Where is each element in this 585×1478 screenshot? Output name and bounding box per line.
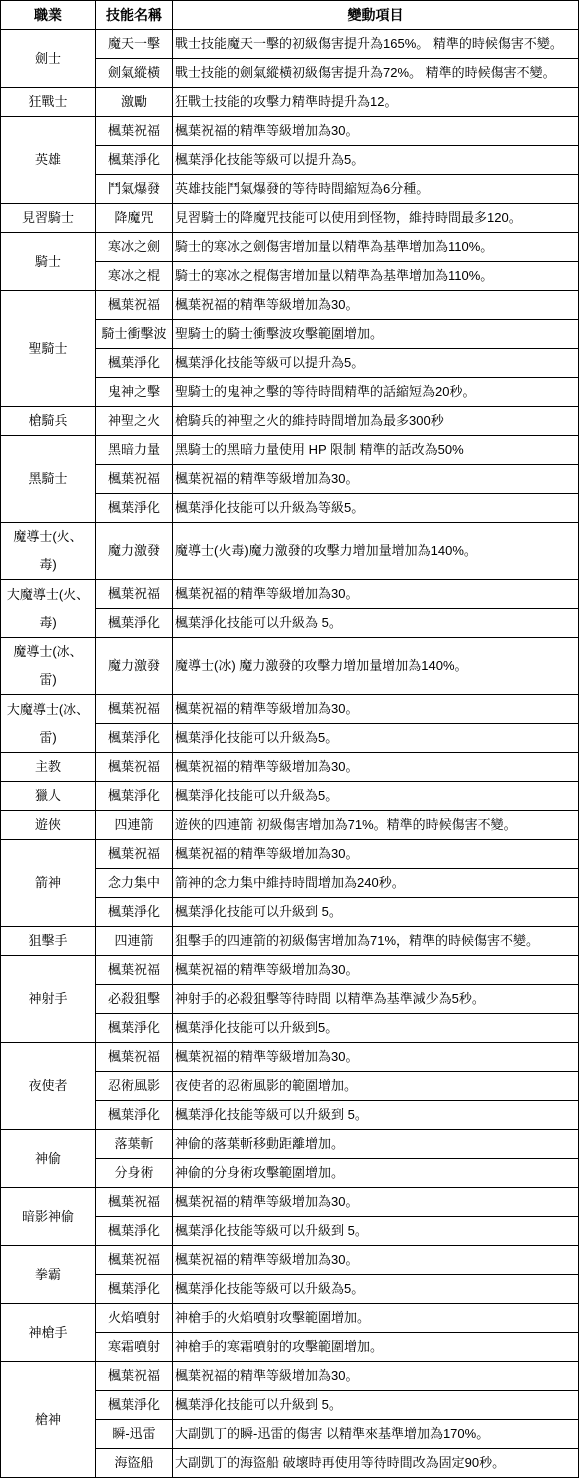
table-row: 神射手楓葉祝福楓葉祝福的精準等級增加為30。 [1, 956, 579, 985]
change-description-cell: 見習騎士的降魔咒技能可以使用到怪物，維持時間最多120。 [173, 204, 579, 233]
change-description-cell: 楓葉淨化技能等級可以升級到 5。 [173, 1101, 579, 1130]
change-description-cell: 楓葉淨化技能等級可以升級到 5。 [173, 1217, 579, 1246]
table-row: 見習騎士降魔咒見習騎士的降魔咒技能可以使用到怪物，維持時間最多120。 [1, 204, 579, 233]
skill-name-cell: 落葉斬 [96, 1130, 173, 1159]
change-description-cell: 神射手的必殺狙擊等待時間 以精準為基準減少為5秒。 [173, 985, 579, 1014]
skill-name-cell: 魔力激發 [96, 523, 173, 580]
change-description-cell: 狙擊手的四連箭的初級傷害增加為71%，精準的時候傷害不變。 [173, 927, 579, 956]
change-description-cell: 楓葉淨化技能可以升級為5。 [173, 724, 579, 753]
change-description-cell: 楓葉淨化技能等級可以提升為5。 [173, 146, 579, 175]
change-description-cell: 楓葉祝福的精準等級增加為30。 [173, 840, 579, 869]
change-description-cell: 楓葉祝福的精準等級增加為30。 [173, 956, 579, 985]
table-row: 暗影神偷楓葉祝福楓葉祝福的精準等級增加為30。 [1, 1188, 579, 1217]
job-cell: 狂戰士 [1, 88, 96, 117]
skill-name-cell: 火焰噴射 [96, 1304, 173, 1333]
skill-name-cell: 楓葉淨化 [96, 782, 173, 811]
table-row: 神槍手火焰噴射神槍手的火焰噴射攻擊範圍增加。 [1, 1304, 579, 1333]
skill-name-cell: 騎士衝擊波 [96, 320, 173, 349]
job-cell: 槍神 [1, 1362, 96, 1478]
skill-name-cell: 楓葉淨化 [96, 349, 173, 378]
change-description-cell: 楓葉祝福的精準等級增加為30。 [173, 580, 579, 609]
skill-name-cell: 楓葉淨化 [96, 146, 173, 175]
table-row: 狂戰士激勵狂戰士技能的攻擊力精準時提升為12。 [1, 88, 579, 117]
change-description-cell: 楓葉祝福的精準等級增加為30。 [173, 1188, 579, 1217]
change-description-cell: 魔導士(火毒)魔力激發的攻擊力增加量增加為140%。 [173, 523, 579, 580]
skill-name-cell: 瞬-迅雷 [96, 1420, 173, 1449]
job-cell: 箭神 [1, 840, 96, 927]
change-description-cell: 黑騎士的黑暗力量使用 HP 限制 精準的話改為50% [173, 436, 579, 465]
skill-name-cell: 楓葉淨化 [96, 494, 173, 523]
skill-name-cell: 分身術 [96, 1159, 173, 1188]
skill-name-cell: 楓葉祝福 [96, 753, 173, 782]
job-cell: 聖騎士 [1, 291, 96, 407]
change-description-cell: 神偷的分身術攻擊範圍增加。 [173, 1159, 579, 1188]
skill-name-cell: 忍術風影 [96, 1072, 173, 1101]
table-row: 遊俠四連箭遊俠的四連箭 初級傷害增加為71%。精準的時候傷害不變。 [1, 811, 579, 840]
skill-name-cell: 鬥氣爆發 [96, 175, 173, 204]
change-description-cell: 楓葉淨化技能可以升級到5。 [173, 1014, 579, 1043]
skill-name-cell: 劍氣縱橫 [96, 59, 173, 88]
change-description-cell: 箭神的念力集中維持時間增加為240秒。 [173, 869, 579, 898]
skill-name-cell: 楓葉祝福 [96, 580, 173, 609]
job-cell: 魔導士(火、 毒) [1, 523, 96, 580]
skill-name-cell: 楓葉祝福 [96, 840, 173, 869]
skill-name-cell: 魔天一擊 [96, 30, 173, 59]
job-cell: 見習騎士 [1, 204, 96, 233]
table-row: 魔導士(火、 毒)魔力激發魔導士(火毒)魔力激發的攻擊力增加量增加為140%。 [1, 523, 579, 580]
skill-name-cell: 楓葉淨化 [96, 1217, 173, 1246]
header-change-column: 變動項目 [173, 1, 579, 30]
table-row: 主教楓葉祝福楓葉祝福的精準等級增加為30。 [1, 753, 579, 782]
table-row: 神偷落葉斬神偷的落葉斬移動距離增加。 [1, 1130, 579, 1159]
table-row: 箭神楓葉祝福楓葉祝福的精準等級增加為30。 [1, 840, 579, 869]
change-description-cell: 戰士技能魔天一擊的初級傷害提升為165%。 精準的時候傷害不變。 [173, 30, 579, 59]
table-row: 獵人楓葉淨化楓葉淨化技能可以升級為5。 [1, 782, 579, 811]
table-row: 槍神楓葉祝福楓葉祝福的精準等級增加為30。 [1, 1362, 579, 1391]
skill-name-cell: 降魔咒 [96, 204, 173, 233]
job-cell: 主教 [1, 753, 96, 782]
skill-name-cell: 魔力激發 [96, 638, 173, 695]
table-row: 騎士寒冰之劍騎士的寒冰之劍傷害增加量以精準為基準增加為110%。 [1, 233, 579, 262]
table-row: 聖騎士楓葉祝福楓葉祝福的精準等級增加為30。 [1, 291, 579, 320]
skill-name-cell: 楓葉祝福 [96, 956, 173, 985]
skill-name-cell: 楓葉祝福 [96, 1188, 173, 1217]
change-description-cell: 狂戰士技能的攻擊力精準時提升為12。 [173, 88, 579, 117]
job-cell: 神偷 [1, 1130, 96, 1188]
change-description-cell: 楓葉祝福的精準等級增加為30。 [173, 291, 579, 320]
header-skill-column: 技能名稱 [96, 1, 173, 30]
change-description-cell: 楓葉祝福的精準等級增加為30。 [173, 1362, 579, 1391]
change-description-cell: 楓葉淨化技能可以升級為 5。 [173, 609, 579, 638]
change-description-cell: 夜使者的忍術風影的範圍增加。 [173, 1072, 579, 1101]
skill-name-cell: 楓葉淨化 [96, 609, 173, 638]
job-cell: 大魔導士(火、 毒) [1, 580, 96, 638]
job-cell: 拳霸 [1, 1246, 96, 1304]
table-row: 劍士魔天一擊戰士技能魔天一擊的初級傷害提升為165%。 精準的時候傷害不變。 [1, 30, 579, 59]
change-description-cell: 楓葉祝福的精準等級增加為30。 [173, 117, 579, 146]
skill-name-cell: 楓葉祝福 [96, 291, 173, 320]
skill-name-cell: 四連箭 [96, 927, 173, 956]
change-description-cell: 楓葉祝福的精準等級增加為30。 [173, 465, 579, 494]
skill-name-cell: 必殺狙擊 [96, 985, 173, 1014]
skill-changes-table-body: 劍士魔天一擊戰士技能魔天一擊的初級傷害提升為165%。 精準的時候傷害不變。劍氣… [1, 30, 579, 1478]
table-row: 槍騎兵神聖之火槍騎兵的神聖之火的維持時間增加為最多300秒 [1, 407, 579, 436]
skill-name-cell: 楓葉淨化 [96, 1275, 173, 1304]
change-description-cell: 聖騎士的鬼神之擊的等待時間精準的話縮短為20秒。 [173, 378, 579, 407]
change-description-cell: 楓葉淨化技能可以升級到 5。 [173, 1391, 579, 1420]
change-description-cell: 楓葉淨化技能等級可以升級為5。 [173, 1275, 579, 1304]
job-cell: 神射手 [1, 956, 96, 1043]
change-description-cell: 楓葉祝福的精準等級增加為30。 [173, 1246, 579, 1275]
table-row: 大魔導士(火、 毒)楓葉祝福楓葉祝福的精準等級增加為30。 [1, 580, 579, 609]
skill-name-cell: 楓葉淨化 [96, 1101, 173, 1130]
job-cell: 暗影神偷 [1, 1188, 96, 1246]
change-description-cell: 楓葉淨化技能等級可以提升為5。 [173, 349, 579, 378]
skill-name-cell: 楓葉祝福 [96, 465, 173, 494]
change-description-cell: 大副凱丁的瞬-迅雷的傷害 以精準來基準增加為170%。 [173, 1420, 579, 1449]
change-description-cell: 英雄技能鬥氣爆發的等待時間縮短為6分種。 [173, 175, 579, 204]
skill-name-cell: 海盜船 [96, 1449, 173, 1478]
job-cell: 大魔導士(冰、 雷) [1, 695, 96, 753]
skill-name-cell: 寒霜噴射 [96, 1333, 173, 1362]
skill-name-cell: 寒冰之棍 [96, 262, 173, 291]
table-row: 夜使者楓葉祝福楓葉祝福的精準等級增加為30。 [1, 1043, 579, 1072]
table-row: 英雄楓葉祝福楓葉祝福的精準等級增加為30。 [1, 117, 579, 146]
change-description-cell: 大副凱丁的海盜船 破壞時再使用等待時間改為固定90秒。 [173, 1449, 579, 1478]
job-cell: 劍士 [1, 30, 96, 88]
job-cell: 魔導士(冰、 雷) [1, 638, 96, 695]
change-description-cell: 遊俠的四連箭 初級傷害增加為71%。精準的時候傷害不變。 [173, 811, 579, 840]
table-row: 魔導士(冰、 雷)魔力激發魔導士(冰) 魔力激發的攻擊力增加量增加為140%。 [1, 638, 579, 695]
change-description-cell: 楓葉祝福的精準等級增加為30。 [173, 1043, 579, 1072]
job-cell: 英雄 [1, 117, 96, 204]
skill-name-cell: 神聖之火 [96, 407, 173, 436]
table-row: 黑騎士黑暗力量黑騎士的黑暗力量使用 HP 限制 精準的話改為50% [1, 436, 579, 465]
skill-name-cell: 楓葉祝福 [96, 1362, 173, 1391]
skill-name-cell: 楓葉祝福 [96, 695, 173, 724]
skill-name-cell: 楓葉淨化 [96, 1391, 173, 1420]
skill-name-cell: 楓葉淨化 [96, 898, 173, 927]
job-cell: 夜使者 [1, 1043, 96, 1130]
skill-name-cell: 寒冰之劍 [96, 233, 173, 262]
change-description-cell: 楓葉淨化技能可以升級為5。 [173, 782, 579, 811]
change-description-cell: 楓葉淨化技能可以升級為等級5。 [173, 494, 579, 523]
skill-changes-table: 職業 技能名稱 變動項目 劍士魔天一擊戰士技能魔天一擊的初級傷害提升為165%。… [0, 0, 579, 1478]
table-header-row: 職業 技能名稱 變動項目 [1, 1, 579, 30]
job-cell: 狙擊手 [1, 927, 96, 956]
change-description-cell: 楓葉淨化技能可以升級到 5。 [173, 898, 579, 927]
change-description-cell: 騎士的寒冰之棍傷害增加量以精準為基準增加為110%。 [173, 262, 579, 291]
skill-name-cell: 激勵 [96, 88, 173, 117]
skill-name-cell: 楓葉淨化 [96, 1014, 173, 1043]
change-description-cell: 楓葉祝福的精準等級增加為30。 [173, 753, 579, 782]
job-cell: 槍騎兵 [1, 407, 96, 436]
skill-name-cell: 念力集中 [96, 869, 173, 898]
change-description-cell: 楓葉祝福的精準等級增加為30。 [173, 695, 579, 724]
table-row: 狙擊手四連箭狙擊手的四連箭的初級傷害增加為71%，精準的時候傷害不變。 [1, 927, 579, 956]
skill-name-cell: 鬼神之擊 [96, 378, 173, 407]
skill-name-cell: 四連箭 [96, 811, 173, 840]
change-description-cell: 槍騎兵的神聖之火的維持時間增加為最多300秒 [173, 407, 579, 436]
change-description-cell: 聖騎士的騎士衝擊波攻擊範圍增加。 [173, 320, 579, 349]
job-cell: 獵人 [1, 782, 96, 811]
skill-name-cell: 楓葉祝福 [96, 117, 173, 146]
change-description-cell: 魔導士(冰) 魔力激發的攻擊力增加量增加為140%。 [173, 638, 579, 695]
change-description-cell: 戰士技能的劍氣縱橫初級傷害提升為72%。 精準的時候傷害不變。 [173, 59, 579, 88]
job-cell: 黑騎士 [1, 436, 96, 523]
job-cell: 神槍手 [1, 1304, 96, 1362]
skill-name-cell: 黑暗力量 [96, 436, 173, 465]
skill-name-cell: 楓葉祝福 [96, 1246, 173, 1275]
change-description-cell: 神槍手的寒霜噴射的攻擊範圍增加。 [173, 1333, 579, 1362]
change-description-cell: 神槍手的火焰噴射攻擊範圍增加。 [173, 1304, 579, 1333]
job-cell: 遊俠 [1, 811, 96, 840]
change-description-cell: 騎士的寒冰之劍傷害增加量以精準為基準增加為110%。 [173, 233, 579, 262]
change-description-cell: 神偷的落葉斬移動距離增加。 [173, 1130, 579, 1159]
table-row: 大魔導士(冰、 雷)楓葉祝福楓葉祝福的精準等級增加為30。 [1, 695, 579, 724]
header-job-column: 職業 [1, 1, 96, 30]
skill-name-cell: 楓葉祝福 [96, 1043, 173, 1072]
job-cell: 騎士 [1, 233, 96, 291]
skill-name-cell: 楓葉淨化 [96, 724, 173, 753]
table-row: 拳霸楓葉祝福楓葉祝福的精準等級增加為30。 [1, 1246, 579, 1275]
